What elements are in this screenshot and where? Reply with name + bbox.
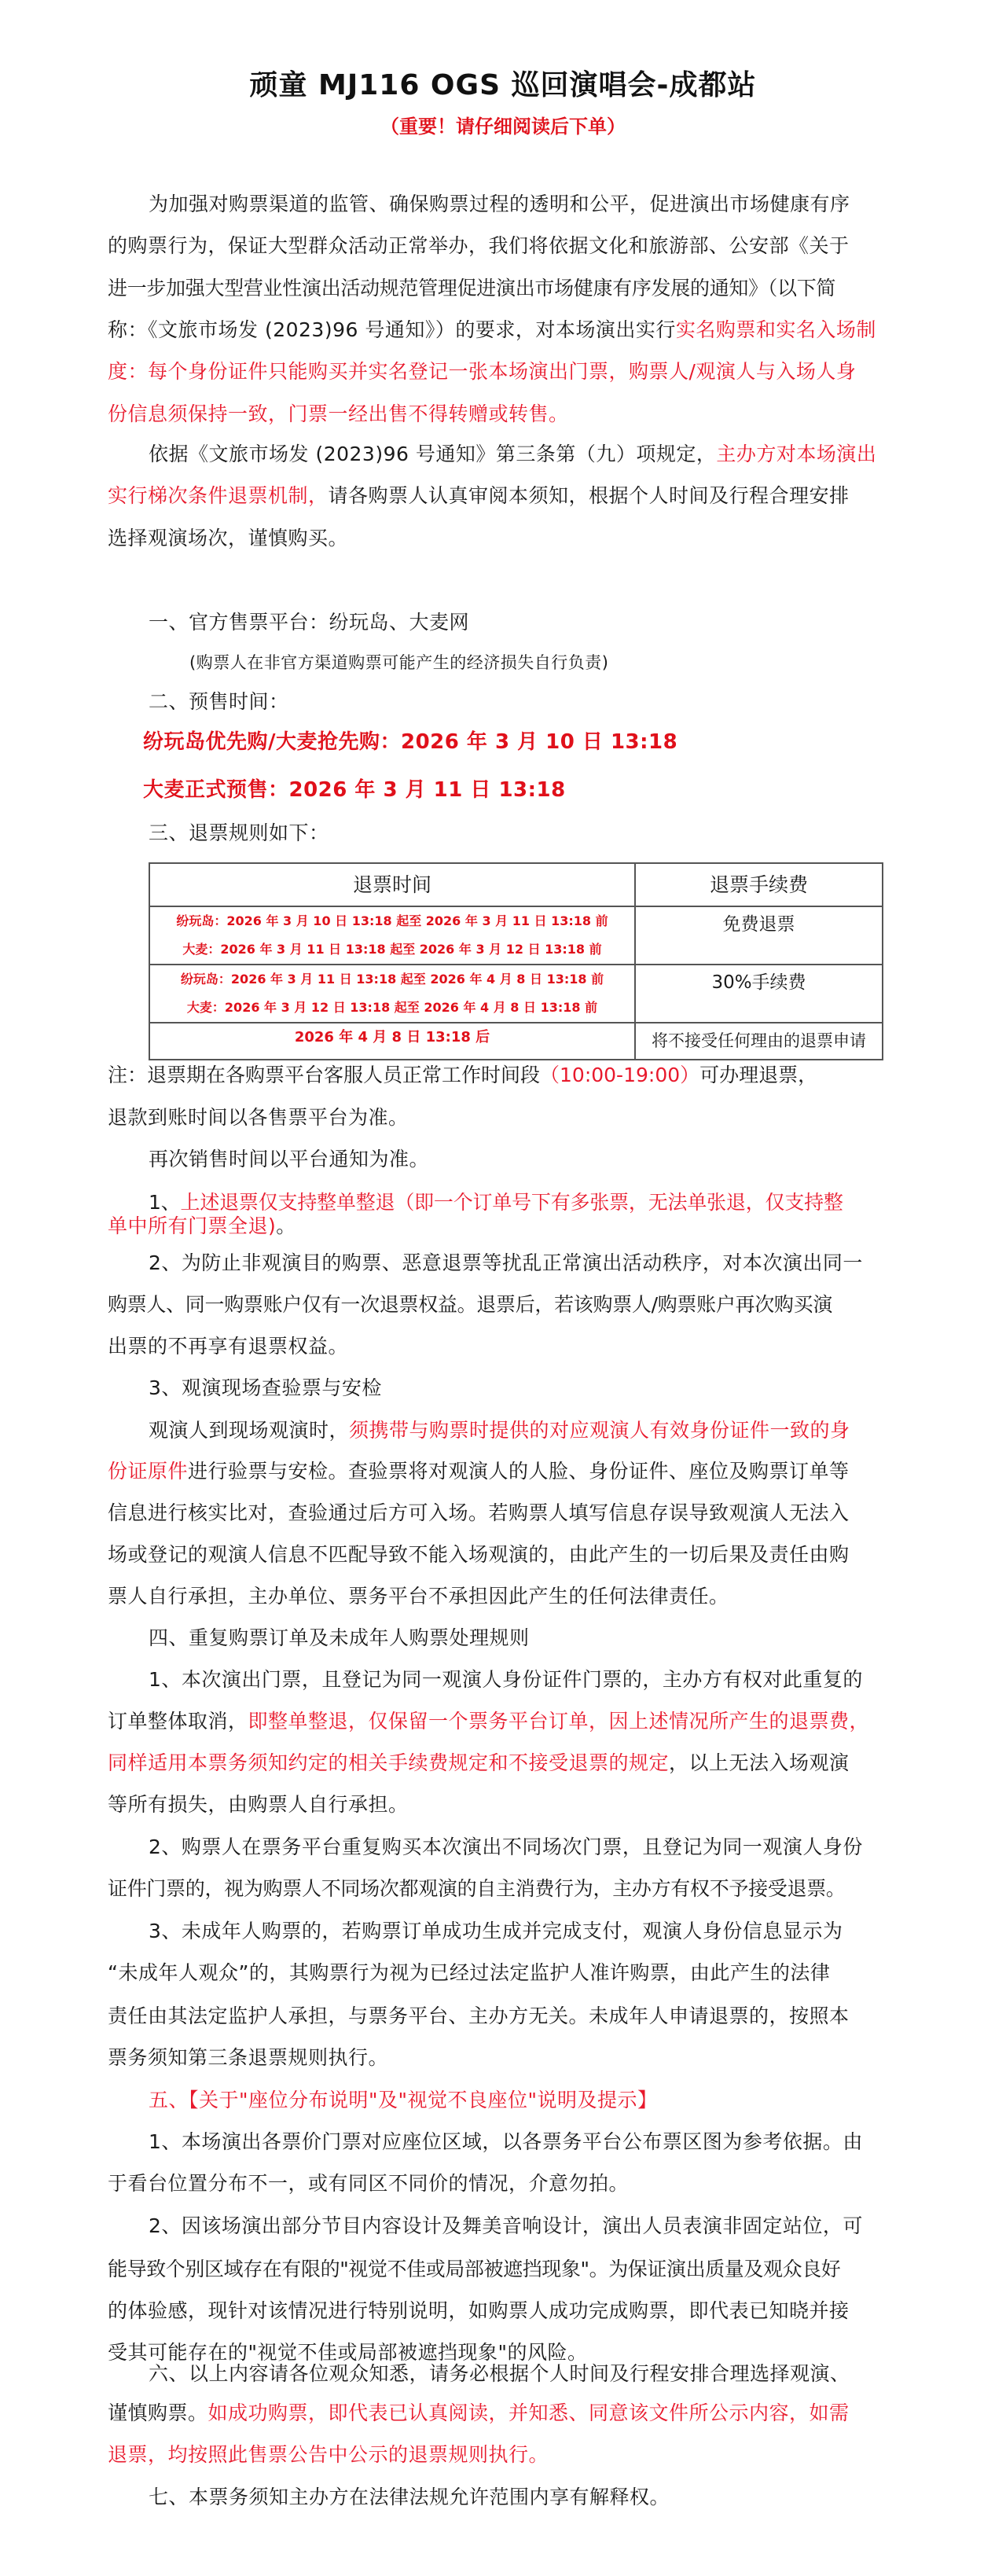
rule2-line3: 出票的不再享有退票权益。 (108, 1334, 348, 1359)
intro-highlight: 实名购票和实名入场制 (676, 318, 876, 341)
rule3-line4: 场或登记的观演人信息不匹配导致不能入场观演的，由此产生的一切后果及责任由购 (108, 1542, 850, 1567)
intro-text: 请各购票人认真审阅本须知，根据个人时间及行程合理安排 (329, 484, 850, 507)
section3-heading: 三、退票规则如下： (149, 821, 329, 846)
section4-p1-line3: 同样适用本票务须知约定的相关手续费规定和不接受退票的规定，以上无法入场观演 (108, 1751, 850, 1776)
section-text: ，以上无法入场观演 (669, 1751, 850, 1774)
page-title: 顽童 MJ116 OGS 巡回演唱会-成都站 (0, 68, 1006, 103)
intro-p2-line3: 选择观演场次，谨慎购买。 (108, 526, 348, 551)
rule-highlight: 上述退票仅支持整单整退（即一个订单号下有多张票，无法单张退，仅支持整 (181, 1191, 843, 1214)
table-header-time: 退票时间 (149, 863, 635, 906)
intro-p1-line6: 份信息须保持一致，门票一经出售不得转赠或转售。 (108, 402, 569, 427)
table-row: 纷玩岛：2026 年 3 月 10 日 13:18 起至 2026 年 3 月 … (149, 906, 883, 965)
table-header-fee: 退票手续费 (635, 863, 883, 906)
section4-p3-line1: 3、未成年人购票的，若购票订单成功生成并完成支付，观演人身份信息显示为 (149, 1919, 843, 1944)
rule1-line1: 1、上述退票仅支持整单整退（即一个订单号下有多张票，无法单张退，仅支持整 (149, 1190, 843, 1215)
intro-p1-line1: 为加强对购票渠道的监管、确保购票过程的透明和公平，促进演出市场健康有序 (149, 192, 850, 217)
table-header-row: 退票时间 退票手续费 (149, 863, 883, 906)
presale-time-1: 纷玩岛优先购/大麦抢先购：2026 年 3 月 10 日 13:18 (143, 729, 677, 755)
rule3-line1: 观演人到现场观演时，须携带与购票时提供的对应观演人有效身份证件一致的身 (149, 1418, 850, 1443)
page-subtitle-warning: （重要！请仔细阅读后下单） (0, 114, 1006, 139)
refund-note-line2: 退款到账时间以各售票平台为准。 (108, 1105, 409, 1130)
section5-heading: 五、【关于"座位分布说明"及"视觉不良座位"说明及提示】 (149, 2088, 658, 2113)
rule3-line3: 信息进行核实比对，查验通过后方可入场。若购票人填写信息存误导致观演人无法入 (108, 1501, 850, 1526)
refund-time-line: 纷玩岛：2026 年 3 月 10 日 13:18 起至 2026 年 3 月 … (150, 907, 634, 935)
intro-highlight: 实行梯次条件退票机制， (108, 484, 329, 507)
section5-p2-line3: 的体验感，现针对该情况进行特别说明，如购票人成功完成购票，即代表已知晓并接 (108, 2299, 850, 2324)
section-highlight: 即整单整退，仅保留一个票务平台订单，因上述情况所产生的退票费， (248, 1710, 870, 1733)
table-row: 2026 年 4 月 8 日 13:18 后 将不接受任何理由的退票申请 (149, 1023, 883, 1060)
rule-highlight: 须携带与购票时提供的对应观演人有效身份证件一致的身 (349, 1419, 850, 1442)
intro-p2-line2: 实行梯次条件退票机制，请各购票人认真审阅本须知，根据个人时间及行程合理安排 (108, 483, 850, 509)
intro-p1-line2: 的购票行为，保证大型群众活动正常举办，我们将依据文化和旅游部、公安部《关于 (108, 233, 850, 259)
section6-line1: 六、以上内容请各位观众知悉，请务必根据个人时间及行程安排合理选择观演、 (149, 2361, 850, 2387)
table-row: 纷玩岛：2026 年 3 月 11 日 13:18 起至 2026 年 4 月 … (149, 965, 883, 1023)
rule-highlight: 单中所有门票全退) (108, 1215, 276, 1237)
refund-note-line1: 注：退票期在各购票平台客服人员正常工作时间段（10:00-19:00）可办理退票… (108, 1063, 817, 1088)
refund-time-line: 大麦：2026 年 3 月 11 日 13:18 起至 2026 年 3 月 1… (150, 935, 634, 964)
section-text: 订单整体取消， (108, 1710, 248, 1733)
rule2-line1: 2、为防止非观演目的购票、恶意退票等扰乱正常演出活动秩序，对本次演出同一 (149, 1251, 863, 1276)
section1-note: (购票人在非官方渠道购票可能产生的经济损失自行负责) (189, 650, 608, 675)
refund-time-line: 纷玩岛：2026 年 3 月 11 日 13:18 起至 2026 年 4 月 … (150, 965, 634, 994)
section5-p2-line1: 2、因该场演出部分节目内容设计及舞美音响设计，演出人员表演非固定站位，可 (149, 2214, 863, 2239)
section5-p1-line1: 1、本场演出各票价门票对应座位区域，以各票务平台公布票区图为参考依据。由 (149, 2130, 863, 2155)
section6-line3: 退票，均按照此售票公告中公示的退票规则执行。 (108, 2442, 549, 2468)
refund-time-line: 2026 年 4 月 8 日 13:18 后 (150, 1023, 634, 1052)
rule2-line2: 购票人、同一购票账户仅有一次退票权益。退票后，若该购票人/购票账户再次购买演 (108, 1292, 832, 1317)
rule-text: 观演人到现场观演时， (149, 1419, 349, 1442)
refund-time-cell: 纷玩岛：2026 年 3 月 10 日 13:18 起至 2026 年 3 月 … (149, 906, 635, 965)
section4-heading: 四、重复购票订单及未成年人购票处理规则 (149, 1626, 530, 1651)
section4-p1-line2: 订单整体取消，即整单整退，仅保留一个票务平台订单，因上述情况所产生的退票费， (108, 1709, 869, 1734)
section6-line2: 谨慎购票。如成功购票，即代表已认真阅读，并知悉、同意该文件所公示内容，如需 (108, 2401, 850, 2426)
intro-p1-line4: 称：《文旅市场发 (2023)96 号通知》）的要求，对本场演出实行实名购票和实… (108, 318, 876, 343)
section4-p2-line2: 证件门票的，视为购票人不同场次都观演的自主消费行为，主办方有权不予接受退票。 (108, 1876, 846, 1902)
intro-p1-line5: 度：每个身份证件只能购买并实名登记一张本场演出门票，购票人/观演人与入场人身 (108, 359, 856, 384)
section4-p3-line3: 责任由其法定监护人承担，与票务平台、主办方无关。未成年人申请退票的，按照本 (108, 2004, 850, 2029)
resale-note: 再次销售时间以平台通知为准。 (149, 1147, 429, 1172)
refund-time-cell: 纷玩岛：2026 年 3 月 11 日 13:18 起至 2026 年 4 月 … (149, 965, 635, 1023)
rule3-line2: 份证原件进行验票与安检。查验票将对观演人的人脸、身份证件、座位及购票订单等 (108, 1459, 850, 1484)
refund-time-cell: 2026 年 4 月 8 日 13:18 后 (149, 1023, 635, 1060)
section4-p2-line1: 2、购票人在票务平台重复购买本次演出不同场次门票，且登记为同一观演人身份 (149, 1835, 863, 1860)
presale-time-2: 大麦正式预售：2026 年 3 月 11 日 13:18 (143, 777, 566, 803)
rule-text: 。 (276, 1215, 296, 1237)
section7-text: 七、本票务须知主办方在法律法规允许范围内享有解释权。 (149, 2485, 670, 2510)
intro-highlight: 主办方对本场演出 (716, 443, 876, 465)
note-text: 注：退票期在各购票平台客服人员正常工作时间段 (108, 1064, 540, 1086)
refund-fee-cell: 将不接受任何理由的退票申请 (635, 1023, 883, 1060)
intro-text: 依据《文旅市场发 (2023)96 号通知》第三条第（九）项规定， (149, 443, 716, 465)
rule3-line5: 票人自行承担，主办单位、票务平台不承担因此产生的任何法律责任。 (108, 1584, 729, 1609)
note-text: 可办理退票， (699, 1064, 817, 1086)
section4-p1-line4: 等所有损失，由购票人自行承担。 (108, 1792, 409, 1817)
section-highlight: 如成功购票，即代表已认真阅读，并知悉、同意该文件所公示内容，如需 (208, 2401, 850, 2424)
section2-heading: 二、预售时间： (149, 689, 289, 715)
rule-highlight: 份证原件 (108, 1460, 188, 1483)
section4-p3-line4: 票务须知第三条退票规则执行。 (108, 2045, 388, 2071)
refund-fee-cell: 免费退票 (635, 906, 883, 965)
section5-p1-line2: 于看台位置分布不一，或有同区不同价的情况，介意勿拍。 (108, 2171, 629, 2196)
section-text: 谨慎购票。 (108, 2401, 208, 2424)
rule-number: 1、 (149, 1191, 181, 1214)
note-hours: （10:00-19:00） (540, 1064, 699, 1086)
section5-p2-line2: 能导致个别区域存在有限的"视觉不佳或局部被遮挡现象"。为保证演出质量及观众良好 (108, 2257, 840, 2282)
section1-heading: 一、官方售票平台：纷玩岛、大麦网 (149, 610, 469, 635)
rule-text: 进行验票与安检。查验票将对观演人的人脸、身份证件、座位及购票订单等 (188, 1460, 850, 1483)
refund-rules-table: 退票时间 退票手续费 纷玩岛：2026 年 3 月 10 日 13:18 起至 … (149, 862, 883, 1060)
section4-p3-line2: “未成年人观众”的，其购票行为视为已经过法定监护人准许购票，由此产生的法律 (108, 1960, 830, 1986)
intro-p2-line1: 依据《文旅市场发 (2023)96 号通知》第三条第（九）项规定，主办方对本场演… (149, 442, 876, 467)
rule3-heading: 3、观演现场查验票与安检 (149, 1376, 382, 1401)
section4-p1-line1: 1、本次演出门票，且登记为同一观演人身份证件门票的，主办方有权对此重复的 (149, 1667, 863, 1692)
intro-text: 称：《文旅市场发 (2023)96 号通知》）的要求，对本场演出实行 (108, 318, 676, 341)
refund-time-line: 大麦：2026 年 3 月 12 日 13:18 起至 2026 年 4 月 8… (150, 994, 634, 1022)
intro-p1-line3: 进一步加强大型营业性演出活动规范管理促进演出市场健康有序发展的通知》（以下简 (108, 276, 835, 301)
rule1-line2: 单中所有门票全退)。 (108, 1214, 296, 1239)
refund-fee-cell: 30%手续费 (635, 965, 883, 1023)
section-highlight: 同样适用本票务须知约定的相关手续费规定和不接受退票的规定 (108, 1751, 669, 1774)
